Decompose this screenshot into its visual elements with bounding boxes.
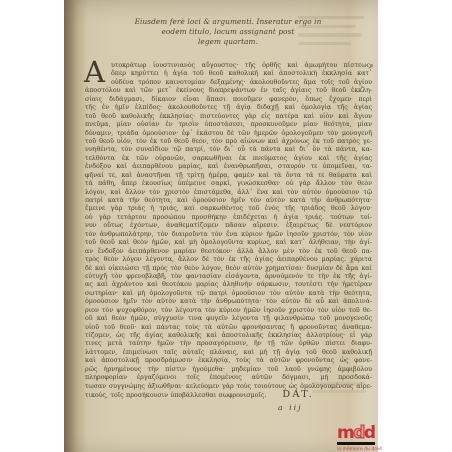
logo-letter-d: d <box>364 423 375 443</box>
scanned-book-page-screenshot: Eiusdem ferè loci & argumenti. Inseratur… <box>0 0 452 452</box>
mdd-watermark: mdd la mémoire du droit <box>337 426 379 451</box>
greek-text-line: τοῦ θεοῦ υἱόν, τὸν ἐκ τοῦ θεοῦ θεόν, τὸν… <box>85 137 372 145</box>
greek-text-line: πατρὶ κατὰ τὴν θεότητα, καὶ ὁμοούσιον ἡμ… <box>85 196 372 204</box>
greek-text-line: οὐδένα τρόπον καινοτομίαν δεξαμένης· ἀκο… <box>85 78 372 86</box>
greek-text-line: φῆναί τε, καὶ ἀναστῆναι τῇ τρίτῃ ἡμέρᾳ, … <box>85 171 372 179</box>
greek-final-line: τικούς, τοῖς προσήκουσιν ὑποβάλλεσθαι σω… <box>85 390 372 401</box>
greek-text-line: ὁμοούσιον ἡμῖν τὸν αὐτὸν κατὰ τὴν ἀνθρωπ… <box>85 297 372 305</box>
greek-text-line: νυν οὕτως ἐχόντων, ἀναθεματίζομεν πᾶσαν … <box>85 221 372 229</box>
greek-text-line: εὐτυχῆ τὸν φρενοβλαβῆ, τὸν φαντασίαν εἰσ… <box>85 272 372 280</box>
greek-text-line: τρὸς θεὸν λόγον λέγοντα, ἄλλον δὲ τὸν ἐκ… <box>85 255 372 263</box>
logo-tagline: la mémoire du droit <box>337 446 379 451</box>
greek-text-line: καὶ ἀποστολικῇ προσδράμωσιν ἐκκλησίᾳ, το… <box>85 356 372 364</box>
heading-line-1: Eiusdem ferè loci & argumenti. Inseratur… <box>86 17 370 27</box>
logo-letter-m: m <box>337 423 353 443</box>
greek-text-line: λάττομεν, ἐπιμείνωσι ταῖς αὐταῖς πλάναις… <box>85 348 372 356</box>
greek-text-line: υἱοῦ τοῦ θεοῦ· καὶ πάντας τοὺς τὰ αὐτῶν … <box>85 323 372 331</box>
heading-line-3: legem quartam. <box>86 37 370 47</box>
greek-text-line: πνεῦμα, μίαν οὐσίαν ἐν τρισὶν ὑποστάσεσι… <box>85 120 372 128</box>
greek-text-line: τῆς ἐν ἡμῖν ἐλπίδος· ἀκολουθοῦντες τῇ ἁγ… <box>85 103 372 111</box>
greek-text-line: ὅπερ κηρύττει ἡ ἁγία τοῦ θεοῦ καθολικὴ κ… <box>85 69 372 77</box>
greek-text-line: λόγον, καὶ ἄλλον τὸν χριστὸν ἐπιστάμεθα,… <box>85 188 372 196</box>
greek-text-line: τὰ πάθη, ἅπερ ἑκουσίως ὑπέμεινε σαρκί, γ… <box>85 179 372 187</box>
greek-text-line: τινες μετὰ ταύτην ἡμῶν τὴν προσαγόρευσιν… <box>85 339 372 347</box>
greek-text-line: τίζομεν, ὡς τῆς ἁγίας καθολικῆς καὶ ἀποσ… <box>85 331 372 339</box>
greek-text-line: ἀποστόλου καὶ τῶν μετ᾽ ἐκείνους διαπρεψά… <box>85 86 372 94</box>
greek-text-line: πληροφορίαν ἐργαζόμενοι τοῖς ἑπομένοις α… <box>85 373 372 381</box>
final-line-text: τικούς, τοῖς προσήκουσιν ὑποβάλλεσθαι σω… <box>85 391 266 399</box>
greek-text-line: ρῶς ἠρνημένους τὴν πίστιν ἡγούμεθα· μηδε… <box>85 365 372 373</box>
greek-text-line: ἔμεινε γὰρ τριὰς ἡ τριάς, καὶ σαρκωθέντο… <box>85 204 372 212</box>
greek-text-line: ἐνδόξου καὶ ἀειπαρθένου μαρίας, καὶ ἐναν… <box>85 162 372 170</box>
greek-text-block: A υτοκράτωρ ἰουστινιανὸς αὔγουστος· τῆς … <box>85 61 372 401</box>
greek-text-line: σίαις διδάγμασι, δίκαιον εἶναι ἅπασι ποι… <box>85 95 372 103</box>
greek-text-line: τελθόντα ἐκ τῶν οὐρανῶν, σαρκωθῆναι ἐκ π… <box>85 154 372 162</box>
greek-text-line: οὐ γὰρ τετάρτου προσώπου προσθήκην ἐπιδέ… <box>85 213 372 221</box>
greek-text-line: σωτηρίαν· καὶ μὴ ὁμολογοῦντα τῷ πατρὶ ὁμ… <box>85 289 372 297</box>
greek-text-line: τοῦ θεοῦ καὶ θεὸν ἡμῶν, καὶ μὴ ὁμολογοῦν… <box>85 238 372 246</box>
greek-text-line: δύναμιν, τριάδα ὁμοούσιον· ἐφ᾽ ἑκάστου δ… <box>85 129 372 137</box>
greek-text-line: υτοκράτωρ ἰουστινιανὸς αὔγουστος· τῆς ὀρ… <box>85 61 372 69</box>
latin-heading: Eiusdem ferè loci & argumenti. Inseratur… <box>86 17 370 46</box>
greek-text-line: ας καὶ ἀχράντου καὶ θεοτόκου μαρίας ἀληθ… <box>85 280 372 288</box>
greek-text-line: ννηθέντα, τὸν συναΐδιον τῷ πατρί, τὸν δι… <box>85 145 372 153</box>
dateline: DAT. <box>282 389 314 400</box>
logo-letter-d-outline: d <box>353 423 364 443</box>
greek-text-line: οῦ καὶ θεὸν ἡμῶν, σύγχυσίν τινα φυγεῖν λ… <box>85 314 372 322</box>
greek-text-line: τοῦ θεοῦ καθολικῆς ἐκκλησίας· πιστεύοντε… <box>85 112 372 120</box>
greek-text-lines: υτοκράτωρ ἰουστινιανὸς αὔγουστος· τῆς ὀρ… <box>85 61 372 390</box>
greek-text-line: τὸν ἀνθρωπολάτρην, τὸν διαιροῦντα τὸν ἕν… <box>85 230 372 238</box>
greek-text-line: ριον τὸν ψυχοφθόρον, τὸν λέγοντα τὸν κύρ… <box>85 306 372 314</box>
greek-text-line: δὲ καὶ οἰκειώσει τῇ πρὸς τὸν θεὸν λόγον,… <box>85 264 372 272</box>
signature-mark: a iij <box>278 403 303 412</box>
drop-cap-initial: A <box>84 59 109 86</box>
book-page-photo: Eiusdem ferè loci & argumenti. Inseratur… <box>64 0 378 452</box>
greek-text-line: αν ἔνδοξον ἀειπάρθενον μαρίαν θεοτόκον· … <box>85 247 372 255</box>
greek-text-line: τωσαν συγγνώμης ἀξιωθῆναι· κελεύομεν γὰρ… <box>85 382 372 390</box>
heading-line-2: eodem titulo, locum assignant post <box>86 27 370 37</box>
mdd-logo: mdd <box>337 426 379 441</box>
